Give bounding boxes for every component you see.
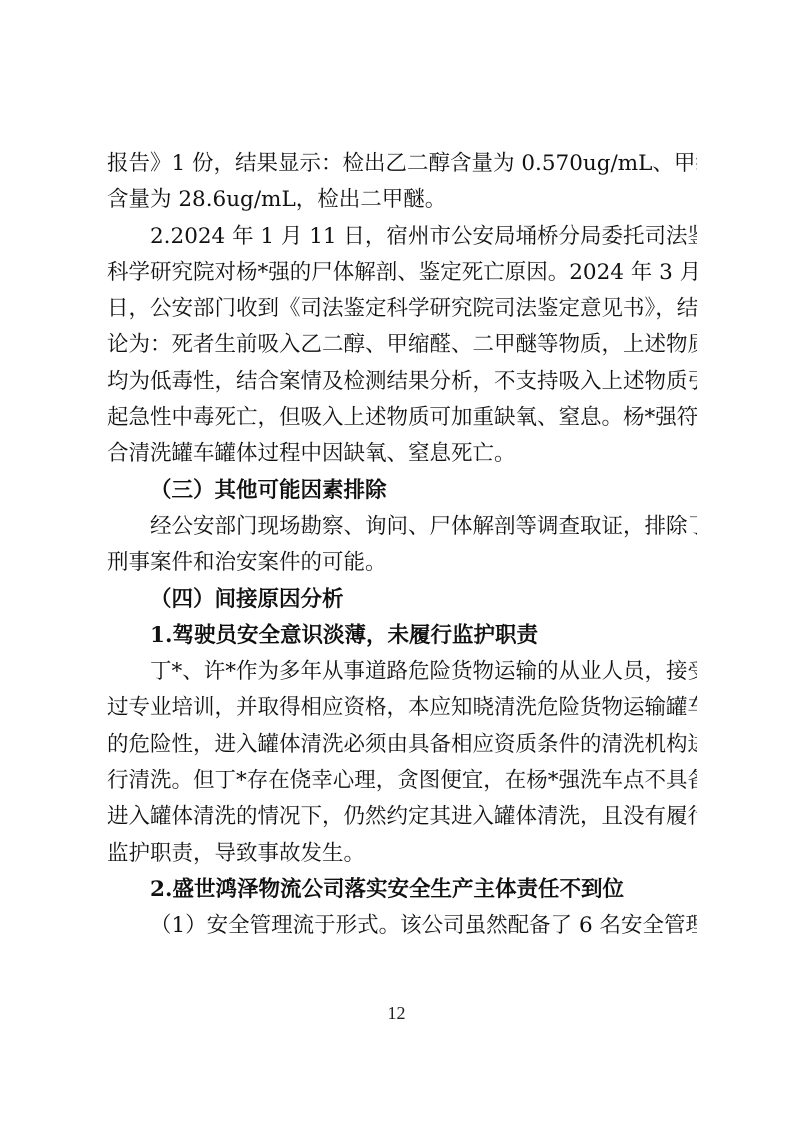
paragraph-exclusion: 经公安部门现场勘察、询问、尸体解剖等调查取证，排除了 (107, 509, 697, 545)
section-heading-other-factors: （三）其他可能因素排除 (107, 473, 697, 509)
page-number: 12 (0, 1003, 793, 1024)
text-line: 报告》1 份，结果显示：检出乙二醇含量为 0.570ug/mL、甲缩醛 (107, 146, 697, 182)
paragraph-forensic-report: 2.2024 年 1 月 11 日，宿州市公安局埇桥分局委托司法鉴定 (107, 219, 697, 255)
text-line: 合清洗罐车罐体过程中因缺氧、窒息死亡。 (107, 436, 697, 472)
text-line: 行清洗。但丁*存在侥幸心理，贪图便宜，在杨*强洗车点不具备 (107, 763, 697, 799)
paragraph-driver: 丁*、许*作为多年从事道路危险货物运输的从业人员，接受 (107, 654, 697, 690)
text-line: 监护职责，导致事故发生。 (107, 836, 697, 872)
text-line: 均为低毒性，结合案情及检测结果分析，不支持吸入上述物质引 (107, 364, 697, 400)
text-line: 科学研究院对杨*强的尸体解剖、鉴定死亡原因。2024 年 3 月 16 (107, 255, 697, 291)
document-body: 报告》1 份，结果显示：检出乙二醇含量为 0.570ug/mL、甲缩醛 含量为 … (107, 146, 697, 945)
section-heading-indirect-causes: （四）间接原因分析 (107, 582, 697, 618)
text-line: 论为：死者生前吸入乙二醇、甲缩醛、二甲醚等物质，上述物质 (107, 327, 697, 363)
text-line: 起急性中毒死亡，但吸入上述物质可加重缺氧、窒息。杨*强符 (107, 400, 697, 436)
text-line: 的危险性，进入罐体清洗必须由具备相应资质条件的清洗机构进 (107, 727, 697, 763)
text-line: 含量为 28.6ug/mL，检出二甲醚。 (107, 182, 697, 218)
text-line: 日，公安部门收到《司法鉴定科学研究院司法鉴定意见书》，结 (107, 291, 697, 327)
text-line: 进入罐体清洗的情况下，仍然约定其进入罐体清洗，且没有履行 (107, 799, 697, 835)
text-line: 过专业培训，并取得相应资格，本应知晓清洗危险货物运输罐车 (107, 690, 697, 726)
subheading-driver-awareness: 1.驾驶员安全意识淡薄，未履行监护职责 (107, 618, 697, 654)
text-line: 刑事案件和治安案件的可能。 (107, 545, 697, 581)
paragraph-safety-management: （1）安全管理流于形式。该公司虽然配备了 6 名安全管理 (107, 908, 697, 944)
subheading-company-responsibility: 2.盛世鸿泽物流公司落实安全生产主体责任不到位 (107, 872, 697, 908)
